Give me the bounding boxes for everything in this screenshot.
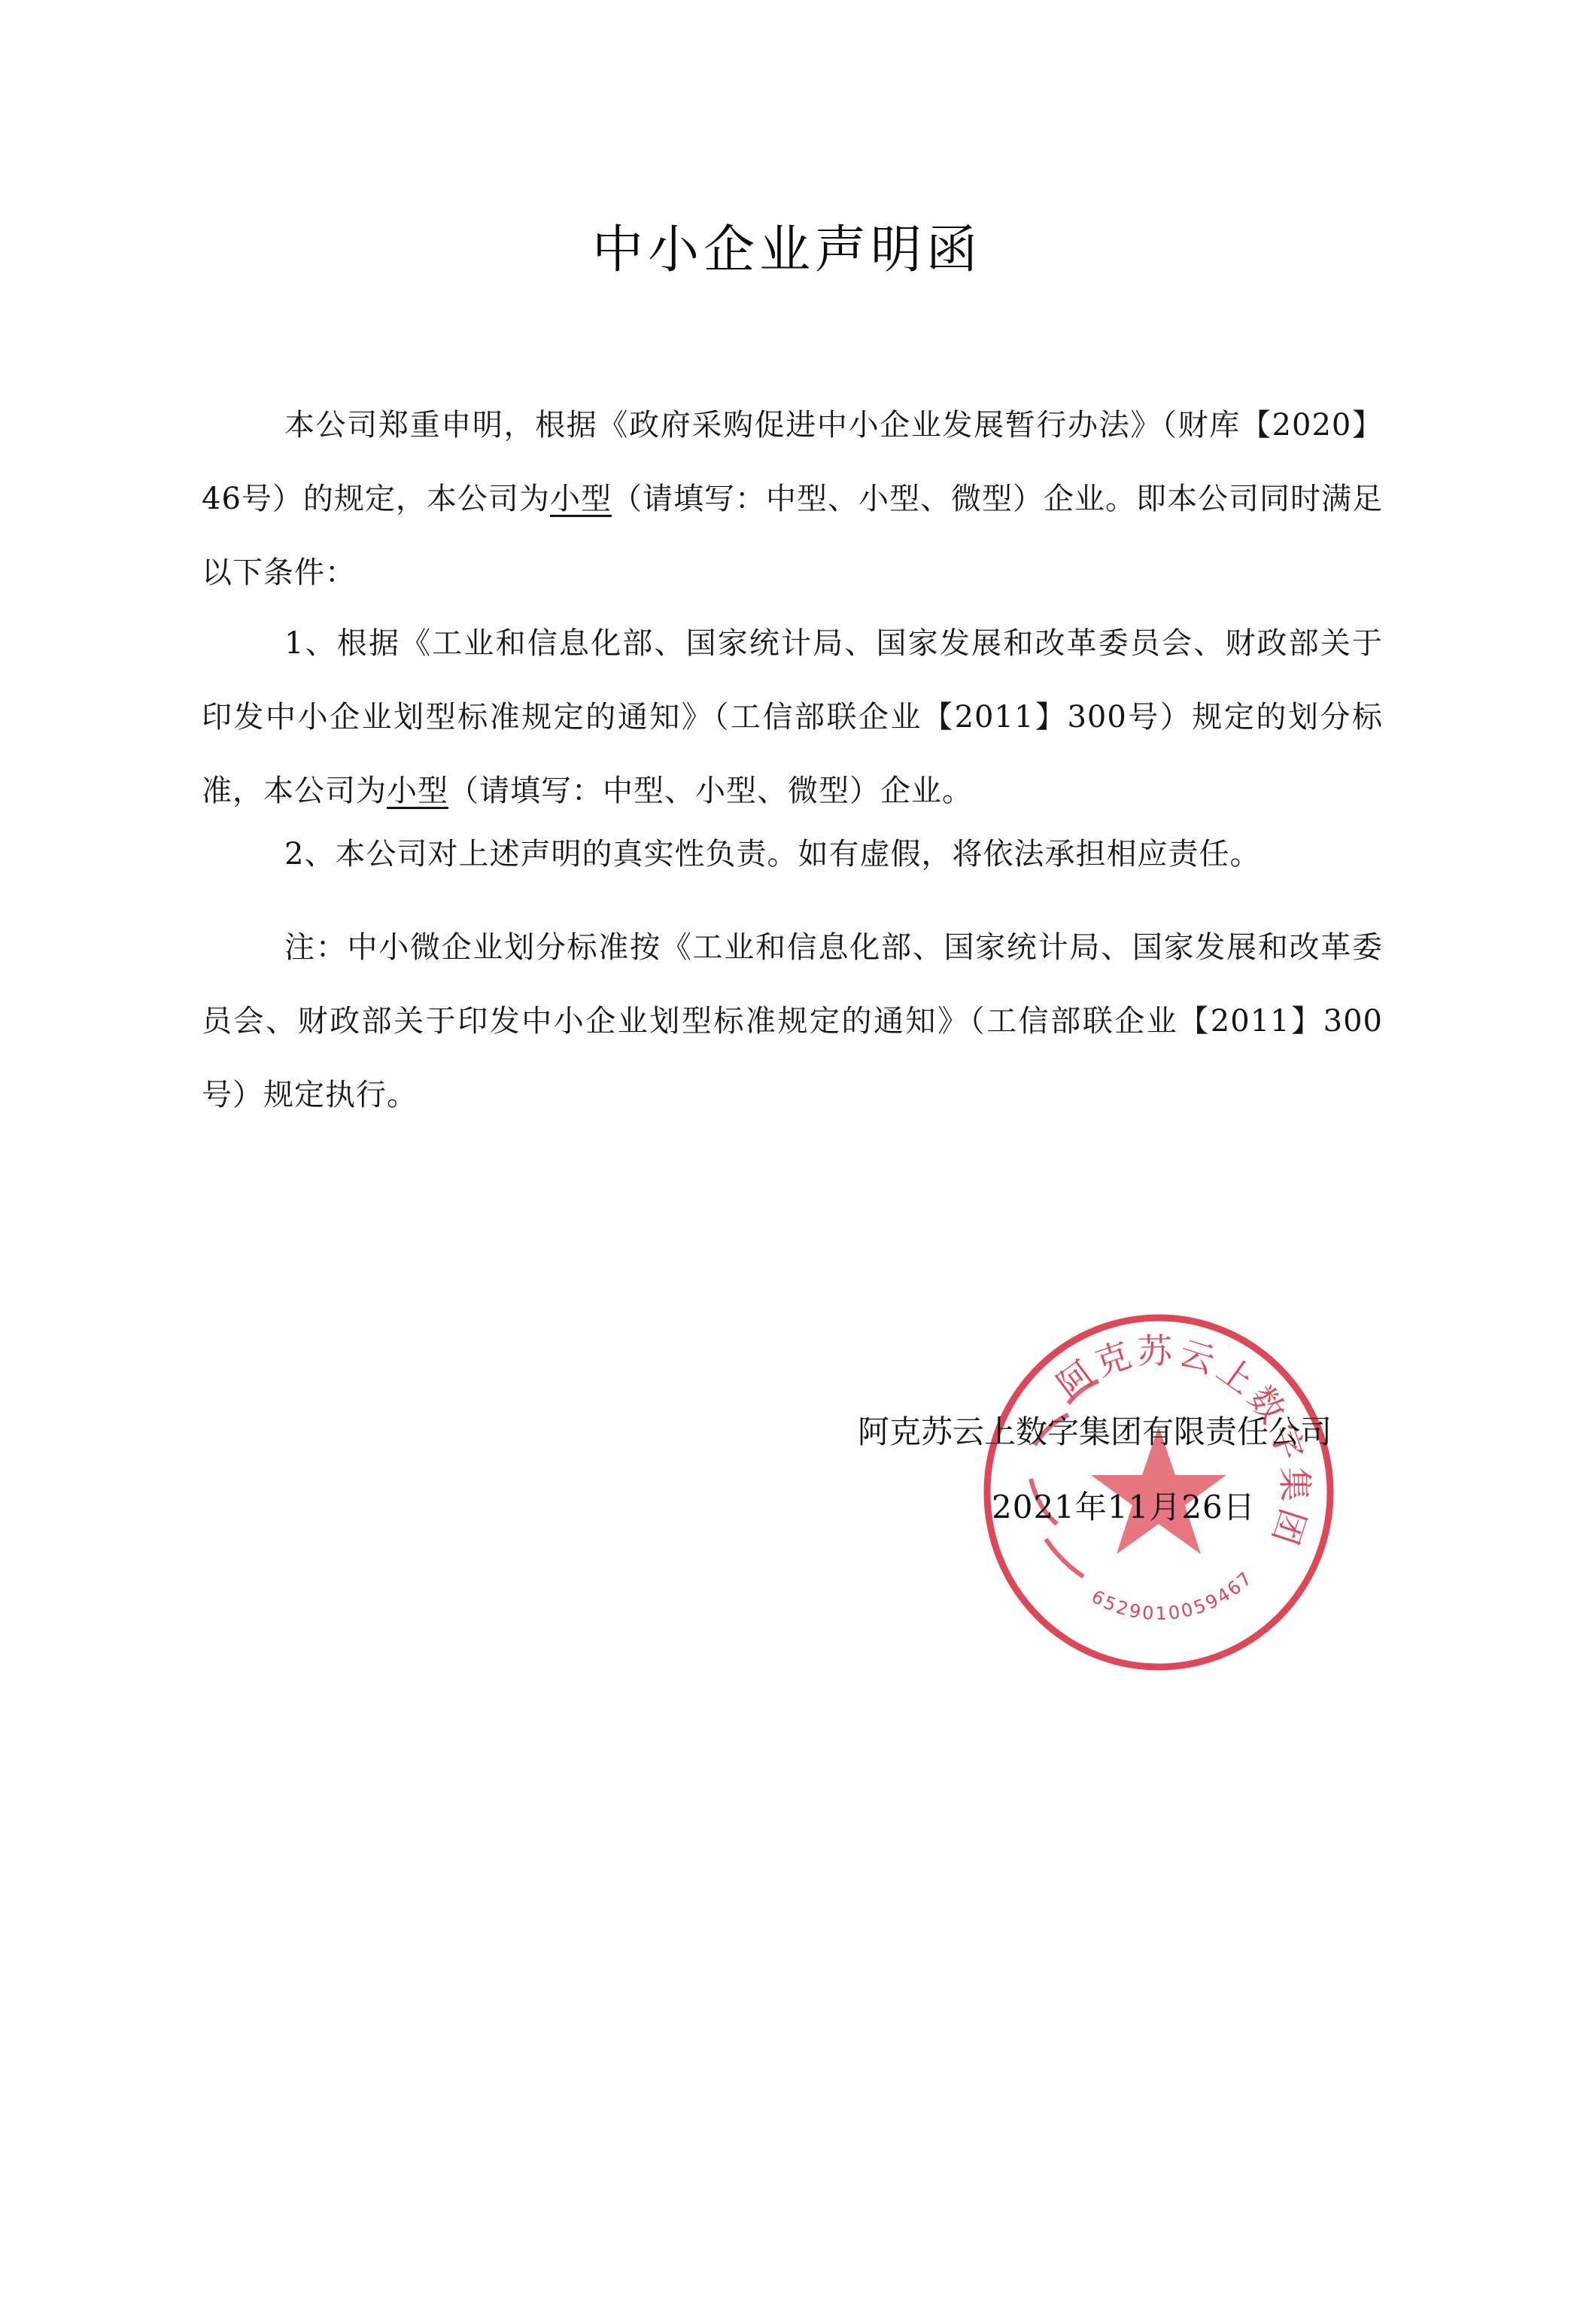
signature-company-name: 阿克苏云上数字集团有限责任公司 <box>858 1407 1332 1452</box>
item1-filled-enterprise-type: 小型 <box>387 774 448 808</box>
seal-code: 6529010059467 <box>1088 1567 1257 1625</box>
document-page: 中小企业声明函 本公司郑重申明，根据《政府采购促进中小企业发展暂行办法》（财库【… <box>0 0 1574 2324</box>
intro-paragraph: 本公司郑重申明，根据《政府采购促进中小企业发展暂行办法》（财库【2020】46号… <box>202 388 1383 610</box>
condition-item-2: 2、本公司对上述声明的真实性负责。如有虚假，将依法承担相应责任。 <box>202 817 1383 891</box>
note-paragraph: 注：中小微企业划分标准按《工业和信息化部、国家统计局、国家发展和改革委员会、财政… <box>202 911 1383 1132</box>
document-title: 中小企业声明函 <box>0 209 1574 282</box>
item1-text-after: （请填写：中型、小型、微型）企业。 <box>448 774 973 808</box>
signature-date: 2021年11月26日 <box>992 1483 1256 1528</box>
svg-text:6529010059467: 6529010059467 <box>1088 1567 1257 1625</box>
intro-filled-enterprise-type: 小型 <box>550 482 612 516</box>
condition-item-1: 1、根据《工业和信息化部、国家统计局、国家发展和改革委员会、财政部关于印发中小企… <box>202 607 1383 828</box>
